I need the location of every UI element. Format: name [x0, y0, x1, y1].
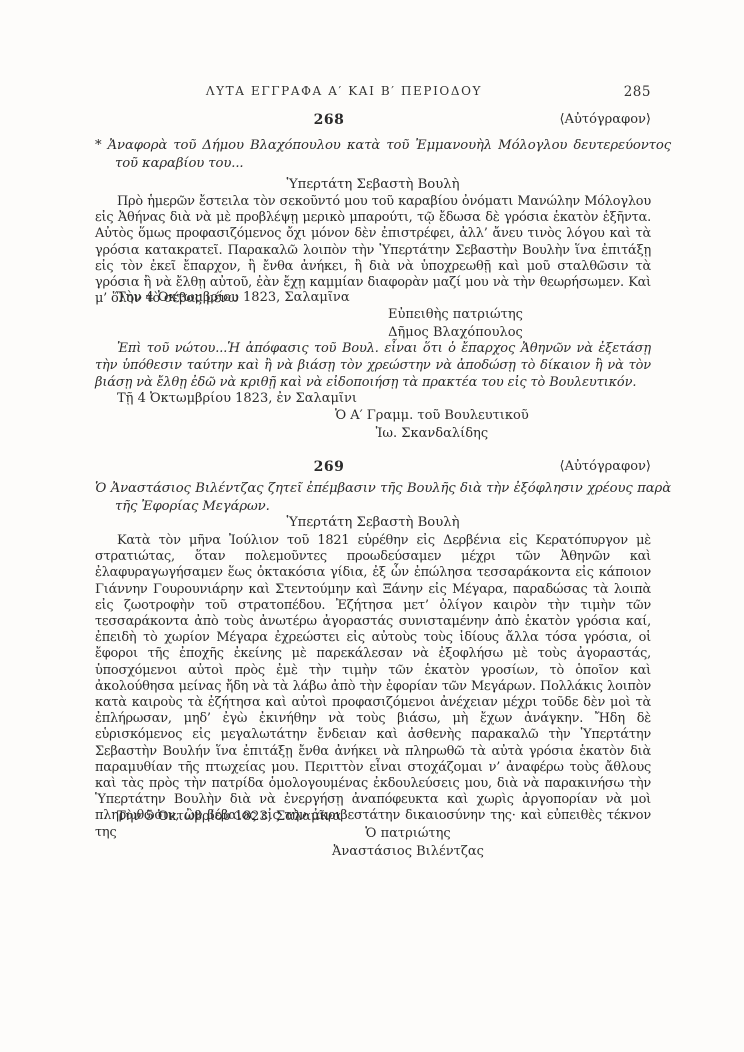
signature-line: Ὁ Α′ Γραμμ. τοῦ Βουλευτικοῦ	[335, 407, 529, 425]
document-269-body: Κατὰ τὸν μῆνα Ἰούλιον τοῦ 1821 εὑρέθην ε…	[95, 533, 651, 841]
signature-line: Δῆμος Βλαχόπουλος	[388, 324, 523, 342]
running-header: ΛΥΤΑ ΕΓΓΡΑΦΑ Α′ ΚΑΙ Β′ ΠΕΡΙΟΔΟΥ 285	[95, 84, 651, 98]
document-268-verso-signature: Ὁ Α′ Γραμμ. τοῦ Βουλευτικοῦ Ἰω. Σκανδαλί…	[335, 407, 529, 442]
document-268-signature: Εὐπειθὴς πατριώτης Δῆμος Βλαχόπουλος	[388, 306, 523, 341]
page-number: 285	[624, 84, 651, 100]
document-269-heading: 269 ⟨Αὐτόγραφον⟩	[95, 459, 651, 477]
document-269-signature: Ὁ πατριώτης Ἀναστάσιος Βιλέντζας	[332, 825, 484, 860]
document-268-heading: 268 ⟨Αὐτόγραφον⟩	[95, 112, 651, 130]
scanned-book-page: ΛΥΤΑ ΕΓΓΡΑΦΑ Α′ ΚΑΙ Β′ ΠΕΡΙΟΔΟΥ 285 268 …	[0, 0, 744, 1052]
document-268-salutation: Ὑπερτάτη Σεβαστὴ Βουλὴ	[95, 177, 741, 192]
document-269-dateline: Τὴν 5 Ὀκτωβρίου 1823, Σαλαμῖνα	[95, 809, 651, 824]
document-269-summary: Ὁ Ἀναστάσιος Βιλέντζας ζητεῖ ἐπέμβασιν τ…	[95, 480, 671, 516]
document-268-summary: * Ἀναφορὰ τοῦ Δήμου Βλαχόπουλου κατὰ τοῦ…	[95, 137, 671, 173]
document-269-salutation: Ὑπερτάτη Σεβαστὴ Βουλὴ	[95, 515, 741, 530]
signature-line: Ἀναστάσιος Βιλέντζας	[332, 843, 484, 861]
document-268-verso-dateline: Τῇ 4 Ὀκτωμβρίου 1823, ἐν Σαλαμῖνι	[95, 391, 651, 406]
running-header-title: ΛΥΤΑ ΕΓΓΡΑΦΑ Α′ ΚΑΙ Β′ ΠΕΡΙΟΔΟΥ	[95, 84, 651, 98]
signature-line: Ὁ πατριώτης	[332, 825, 484, 843]
document-268-verso-note: Ἐπὶ τοῦ νώτου...Ἡ ἀπόφασις τοῦ Βουλ. εἶν…	[95, 341, 651, 391]
signature-line: Εὐπειθὴς πατριώτης	[388, 306, 523, 324]
document-type-label: ⟨Αὐτόγραφον⟩	[560, 112, 651, 127]
document-268-dateline: Τὴν 4 Ὀκτωμβρίου 1823, Σαλαμῖνα	[95, 290, 651, 305]
document-number: 268	[95, 112, 563, 128]
document-type-label: ⟨Αὐτόγραφον⟩	[560, 459, 651, 474]
document-number: 269	[95, 459, 563, 475]
signature-line: Ἰω. Σκανδαλίδης	[335, 425, 529, 443]
